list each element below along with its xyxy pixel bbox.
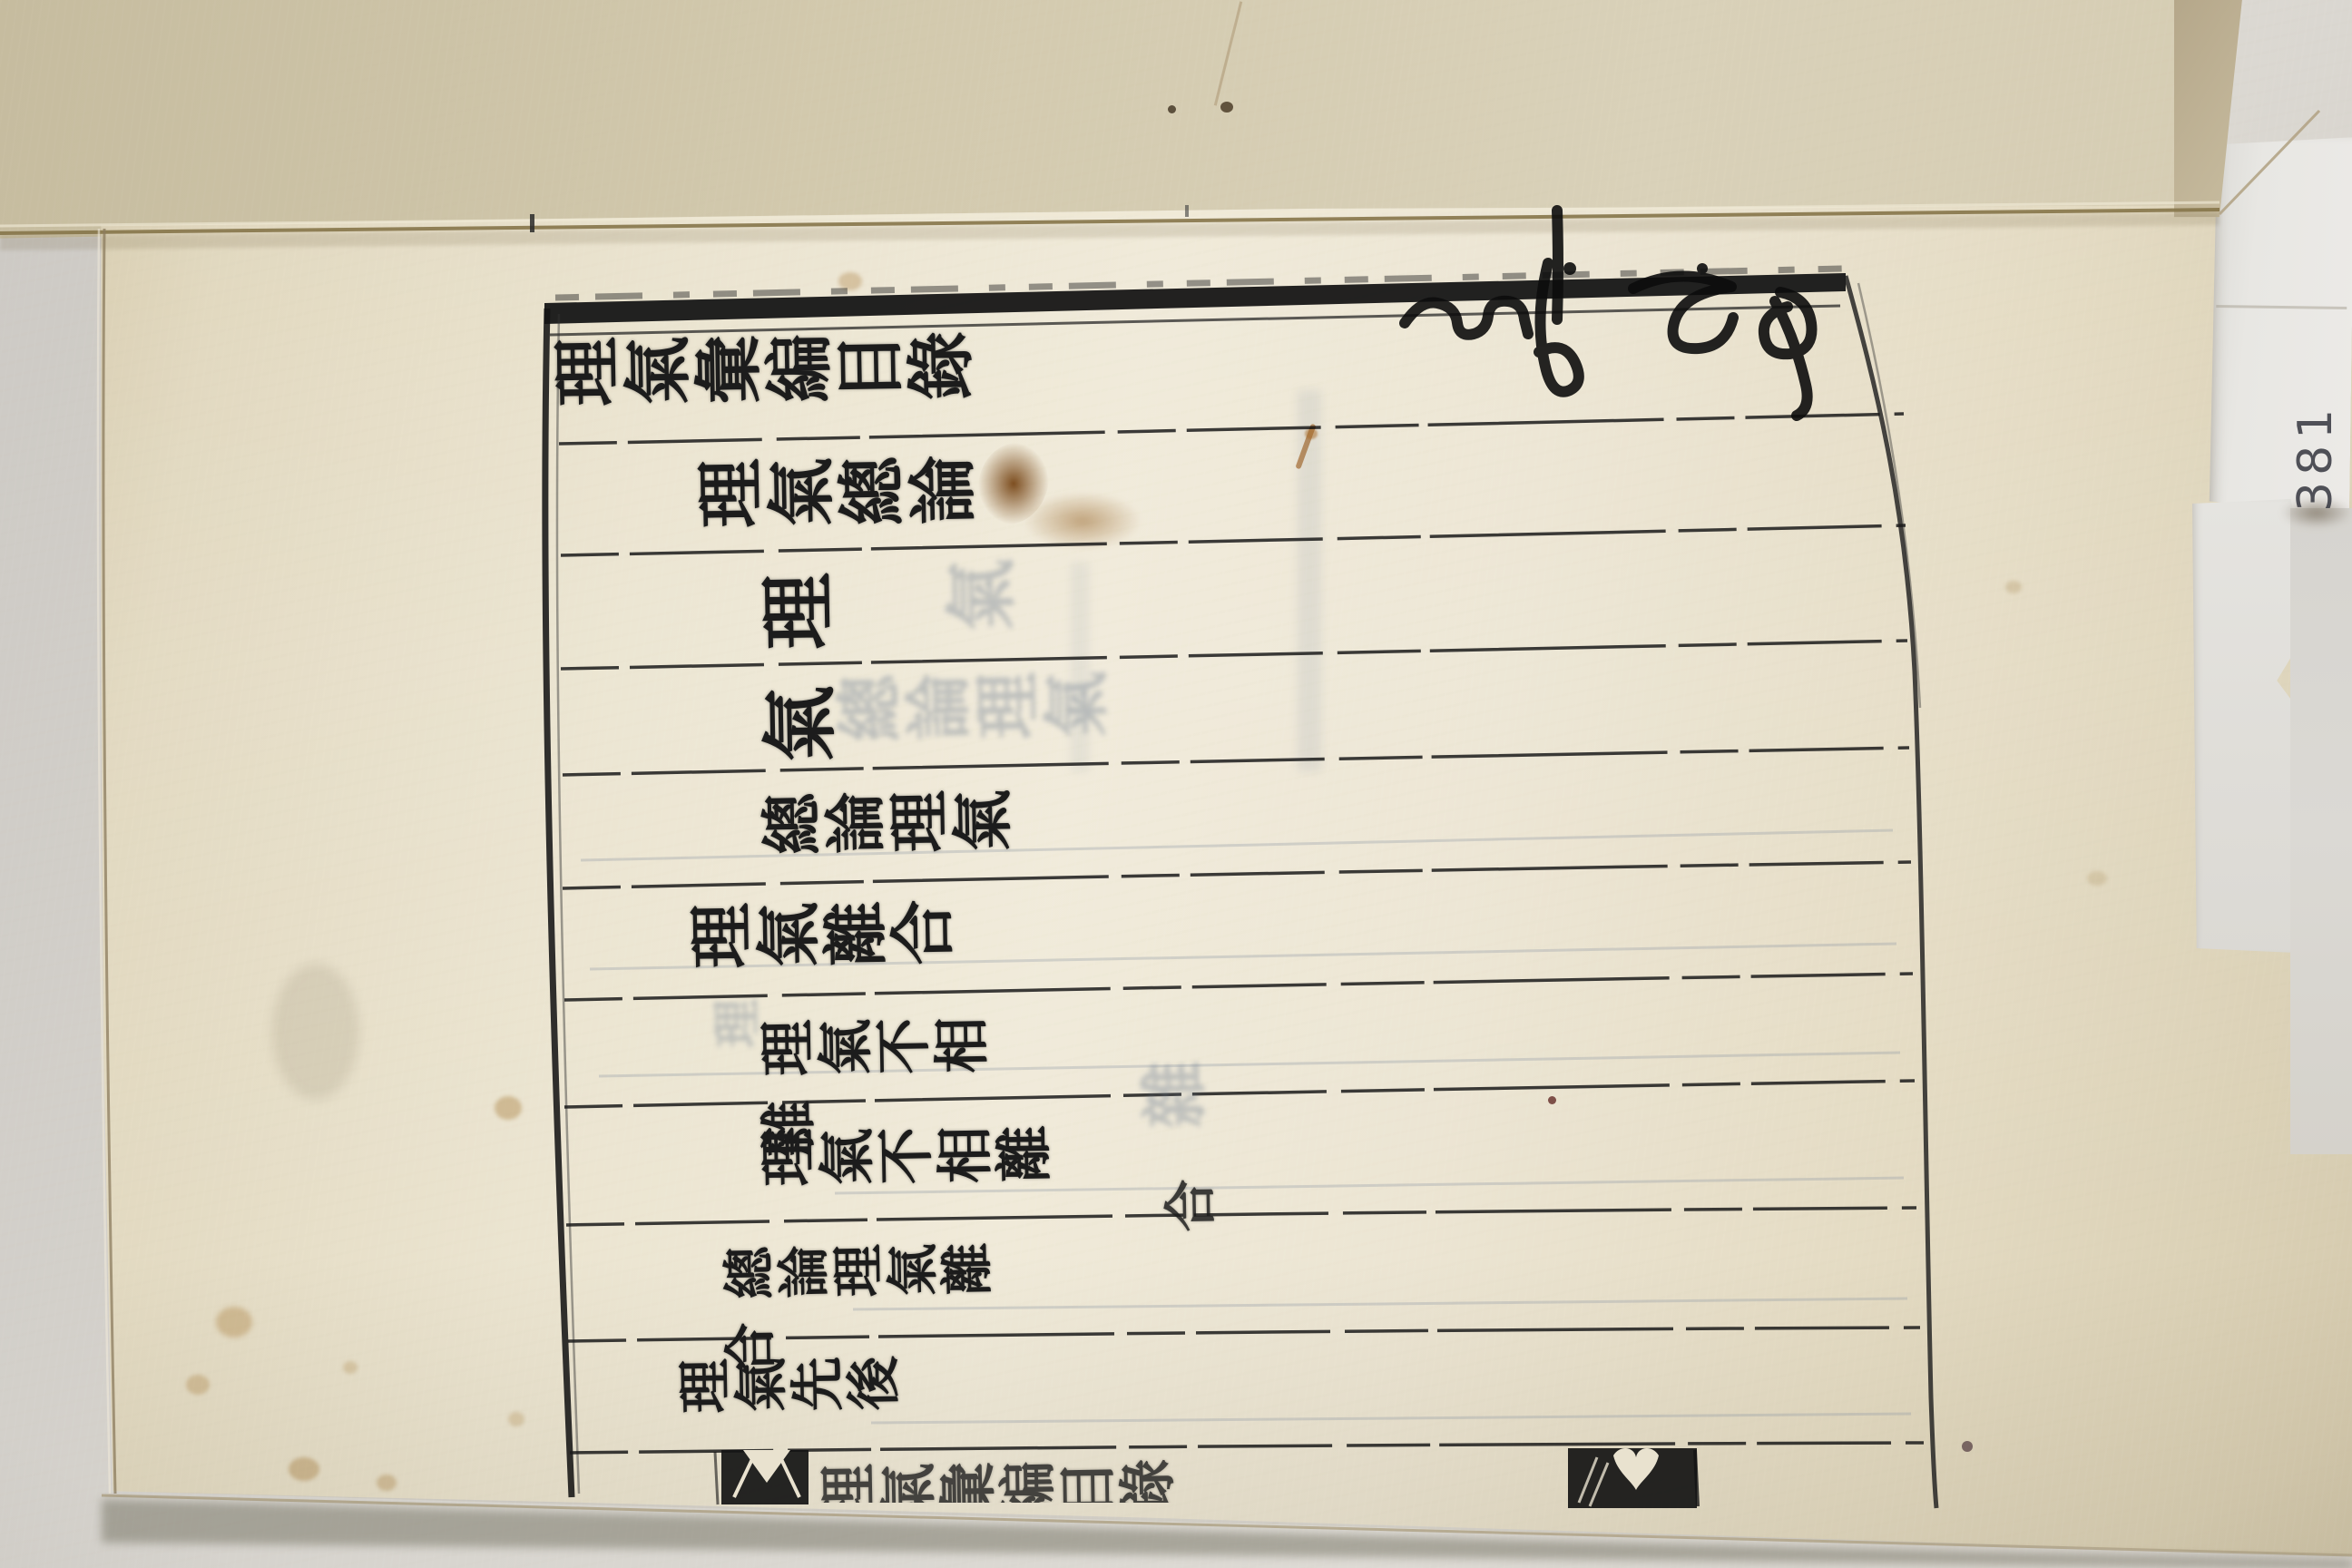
bleedthrough-text: 雜 [1140,1053,1227,1134]
toc-entry: 理氣不相雜 [759,1013,1047,1102]
toc-entry: 理氣不相離 [759,1122,1054,1210]
fishtail-ornament-icon [1568,1448,1698,1508]
toc-entry: 理氣總論 [695,450,984,548]
fishtail-ornament-icon [715,1450,808,1504]
banxin-title: 理氣彙編目錄 [818,1457,1189,1503]
bleedthrough-glyph: 氣 [942,548,1031,637]
fold-edge [0,111,2319,250]
photo-of-open-book: 氣 總論理氣 雜 理 [0,0,2352,1568]
toc-entry-text: 理氣先後 [675,1348,902,1445]
toc-entry-continuation: 合 [1163,1172,1221,1249]
bleedthrough-glyph: 雜 [1138,1051,1227,1134]
toc-title-row: 理氣彙編目錄 [552,328,978,430]
bleedthrough-text: 氣 [944,550,1031,637]
toc-entry-text: 合 [1162,1171,1221,1249]
toc-entry-text: 氣 [759,673,851,768]
toc-entry-text: 總論理氣 [759,781,1018,877]
printed-overlay [0,0,2352,1568]
toc-entry-text: 理氣總論 [693,445,984,548]
toc-entry: 理氣離合 [688,895,960,987]
spine-tab-label: 381 理氣彙編 [2288,152,2352,512]
spine-tab-label-text: 381 理氣彙編 [2288,448,2352,512]
toc-entry: 理氣先後 [677,1352,902,1445]
bleedthrough-glyph: 總論理氣 [833,661,1134,753]
bleedthrough-text: 總論理氣 [835,666,1134,753]
toc-entry: 理 [759,563,846,655]
toc-entry-text: 總論理氣離合 [720,1234,1045,1327]
toc-entry: 總論理氣 [760,786,1018,877]
toc-entry-text: 理氣不相離 [757,1116,1054,1210]
toc-entry-text: 理氣離合 [686,890,960,987]
toc-entry: 氣 [760,675,851,768]
toc-entry: 總論理氣離合 [722,1240,1045,1327]
toc-title-text: 理氣彙編目錄 [550,321,978,430]
banxin-title-text: 理氣彙編目錄 [818,1457,1189,1503]
toc-entry-text: 理 [757,561,846,655]
toc-entry-text: 理氣不相雜 [757,1007,1047,1102]
